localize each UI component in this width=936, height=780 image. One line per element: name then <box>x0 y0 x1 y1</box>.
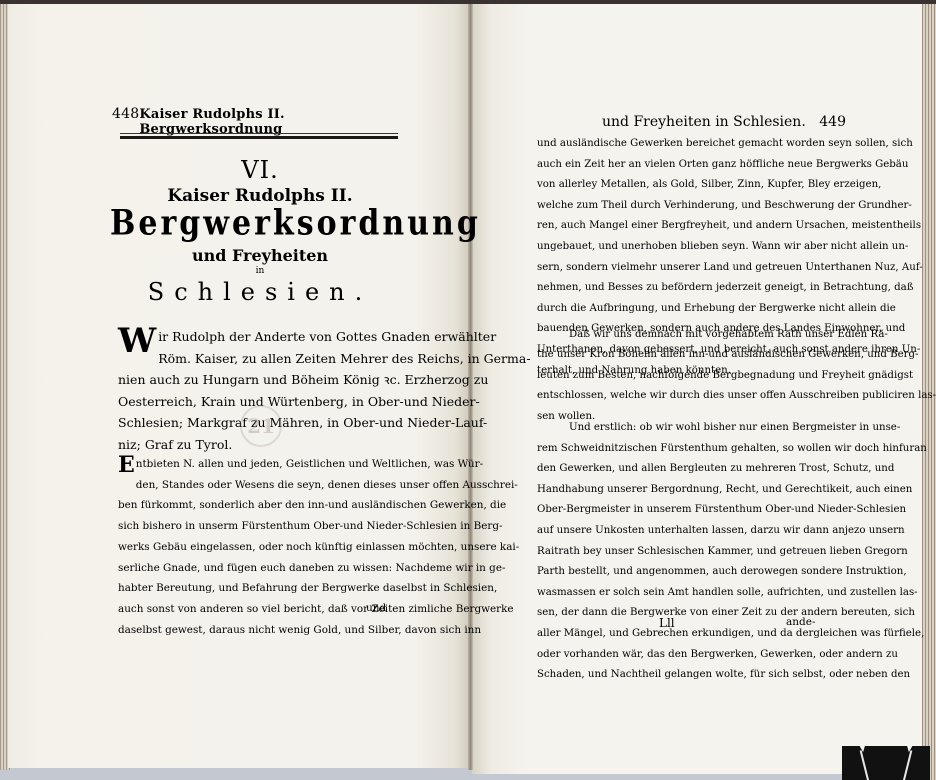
right-running-head: und Freyheiten in Schlesien. 449 <box>602 114 846 130</box>
text-line: daselbst gewest, daraus nicht wenig Gold… <box>118 620 404 641</box>
header-rule-thick <box>120 136 398 139</box>
book-scan: 448 Kaiser Rudolphs II. Bergwerksordnung… <box>0 0 936 780</box>
text-line: rem Schweidnitzischen Fürstenthum gehalt… <box>537 439 845 460</box>
left-page-number: 448 <box>112 106 139 122</box>
clip-wire <box>860 750 871 780</box>
text-line: auch sonst von anderen so viel bericht, … <box>118 599 404 620</box>
title-line-freyheiten: und Freyheiten <box>110 246 410 265</box>
text-line: the unser Kron Böheim allen inn-und ausl… <box>537 345 845 365</box>
drop-cap-e: E <box>118 454 135 476</box>
right-paragraph-erstlich: Und erstlich: ob wir wohl bisher nur ein… <box>537 418 845 686</box>
text-line: durch die Aufbringung, und Erhebung der … <box>537 299 845 320</box>
text-line: ungebauet, und unerhoben blieben seyn. W… <box>537 237 845 258</box>
text-line: ntbieten N. allen und jeden, Geistlichen… <box>118 454 404 475</box>
title-line-schlesien: Schlesien. <box>110 278 410 306</box>
binder-clip-icon <box>842 746 930 780</box>
right-running-title: und Freyheiten in Schlesien. <box>602 114 806 130</box>
text-line: Ober-Bergmeister in unserem Fürstenthum … <box>537 500 845 521</box>
text-line: Und erstlich: ob wir wohl bisher nur ein… <box>537 418 845 439</box>
right-paragraph-dass: Daß wir uns demnach mit vorgehabtem Rath… <box>537 325 845 427</box>
text-line: Handhabung unserer Bergordnung, Recht, u… <box>537 480 845 501</box>
text-line: Daß wir uns demnach mit vorgehabtem Rath… <box>537 325 845 345</box>
text-line: und ausländische Gewerken bereichet gema… <box>537 134 845 155</box>
text-line: Röm. Kaiser, zu allen Zeiten Mehrer des … <box>118 348 404 370</box>
text-line: Raitrath bey unser Schlesischen Kammer, … <box>537 542 845 563</box>
text-line: nien auch zu Hungarn und Böheim König ꝛc… <box>118 369 404 391</box>
text-line: ren, auch Mangel einer Bergfreyheit, und… <box>537 216 845 237</box>
text-line: den, Standes oder Wesens die seyn, denen… <box>118 475 404 496</box>
text-line: nehmen, und Besses zu befördern jederzei… <box>537 278 845 299</box>
left-catchword: und <box>366 602 386 614</box>
text-line: auf unsere Unkosten unterhalten lassen, … <box>537 521 845 542</box>
right-page-number: 449 <box>819 114 846 130</box>
drop-cap-w: W <box>118 326 156 356</box>
entbieten-paragraph: E ntbieten N. allen und jeden, Geistlich… <box>118 454 404 640</box>
text-line: Schaden, und Nachtheil gelangen wolte, f… <box>537 665 845 686</box>
text-line: auch ein Zeit her an vielen Orten ganz h… <box>537 155 845 176</box>
title-line-bergwerksordnung: Bergwerksordnung <box>110 203 410 243</box>
text-line: welche zum Theil durch Verhinderung, und… <box>537 196 845 217</box>
text-line: entschlossen, welche wir durch dies unse… <box>537 386 845 406</box>
text-line: sich bishero in unserm Fürstenthum Ober-… <box>118 516 404 537</box>
text-line: werks Gebäu eingelassen, oder noch künft… <box>118 537 404 558</box>
text-line: habter Bereutung, und Befahrung der Berg… <box>118 578 404 599</box>
section-number: VI. <box>110 156 410 184</box>
text-line: von allerley Metallen, als Gold, Silber,… <box>537 175 845 196</box>
right-catchword: ande- <box>786 616 816 628</box>
text-line: Parth bestellt, und angenommen, auch der… <box>537 562 845 583</box>
text-line: ir Rudolph der Anderte von Gottes Gnaden… <box>118 326 404 348</box>
text-line: leuten zum Besten, nachfolgende Bergbegn… <box>537 366 845 386</box>
clip-wire <box>902 750 913 780</box>
library-stamp: 21 <box>240 405 282 447</box>
title-line-in: in <box>110 266 410 276</box>
text-line: oder vorhanden wär, das den Bergwerken, … <box>537 645 845 666</box>
text-line: sern, sondern vielmehr unserer Land und … <box>537 258 845 279</box>
text-line: ben fürkommt, sonderlich aber den inn-un… <box>118 495 404 516</box>
book-gutter <box>468 4 473 770</box>
text-line: wasmassen er solch sein Amt handlen soll… <box>537 583 845 604</box>
header-rule-thin <box>120 133 398 134</box>
text-line: den Gewerken, und allen Bergleuten zu me… <box>537 459 845 480</box>
signature-mark: Lll <box>659 616 675 630</box>
text-line: serliche Gnade, und fügen euch daneben z… <box>118 558 404 579</box>
